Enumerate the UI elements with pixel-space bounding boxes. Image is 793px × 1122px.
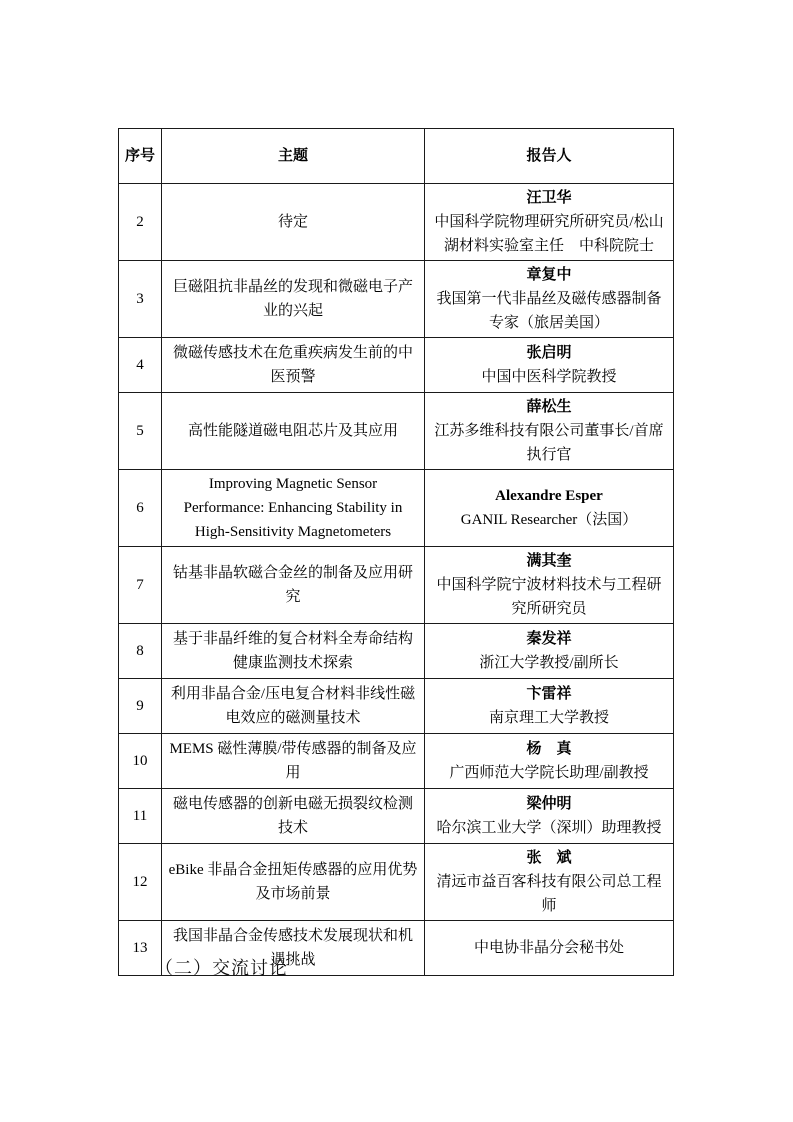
topic-cell: 利用非晶合金/压电复合材料非线性磁电效应的磁测量技术 — [162, 679, 425, 734]
table-row: 7钴基非晶软磁合金丝的制备及应用研究满其奎中国科学院宁波材料技术与工程研究所研究… — [119, 547, 674, 624]
speaker-name: 卞雷祥 — [431, 682, 667, 706]
speaker-description: 哈尔滨工业大学（深圳）助理教授 — [431, 816, 667, 840]
speaker-cell: 汪卫华中国科学院物理研究所研究员/松山湖材料实验室主任 中科院院士 — [425, 184, 674, 261]
speaker-name: 薛松生 — [431, 395, 667, 419]
program-table: 序号 主题 报告人 2待定汪卫华中国科学院物理研究所研究员/松山湖材料实验室主任… — [118, 128, 674, 976]
speaker-description: 浙江大学教授/副所长 — [431, 651, 667, 675]
speaker-cell: 满其奎中国科学院宁波材料技术与工程研究所研究员 — [425, 547, 674, 624]
speaker-name: 章复中 — [431, 263, 667, 287]
table-row: 5高性能隧道磁电阻芯片及其应用薛松生江苏多维科技有限公司董事长/首席执行官 — [119, 393, 674, 470]
speaker-cell: 张启明中国中医科学院教授 — [425, 338, 674, 393]
row-number: 10 — [119, 734, 162, 789]
header-speaker: 报告人 — [425, 129, 674, 184]
row-number: 12 — [119, 844, 162, 921]
topic-cell: 待定 — [162, 184, 425, 261]
table-row: 10MEMS 磁性薄膜/带传感器的制备及应用杨 真广西师范大学院长助理/副教授 — [119, 734, 674, 789]
speaker-description: 清远市益百客科技有限公司总工程师 — [431, 870, 667, 918]
table-row: 2待定汪卫华中国科学院物理研究所研究员/松山湖材料实验室主任 中科院院士 — [119, 184, 674, 261]
speaker-name: 汪卫华 — [431, 186, 667, 210]
row-number: 4 — [119, 338, 162, 393]
row-number: 5 — [119, 393, 162, 470]
topic-cell: 巨磁阻抗非晶丝的发现和微磁电子产业的兴起 — [162, 261, 425, 338]
speaker-cell: 杨 真广西师范大学院长助理/副教授 — [425, 734, 674, 789]
table-header-row: 序号 主题 报告人 — [119, 129, 674, 184]
speaker-name: Alexandre Esper — [431, 484, 667, 508]
speaker-cell: 章复中我国第一代非晶丝及磁传感器制备专家（旅居美国） — [425, 261, 674, 338]
speaker-cell: 薛松生江苏多维科技有限公司董事长/首席执行官 — [425, 393, 674, 470]
topic-cell: 磁电传感器的创新电磁无损裂纹检测技术 — [162, 789, 425, 844]
table-row: 12eBike 非晶合金扭矩传感器的应用优势及市场前景张 斌清远市益百客科技有限… — [119, 844, 674, 921]
speaker-cell: 张 斌清远市益百客科技有限公司总工程师 — [425, 844, 674, 921]
speaker-cell: 中电协非晶分会秘书处 — [425, 921, 674, 976]
speaker-description: 中国中医科学院教授 — [431, 365, 667, 389]
section-heading: （二）交流讨论 — [155, 954, 288, 980]
topic-cell: 基于非晶纤维的复合材料全寿命结构健康监测技术探索 — [162, 624, 425, 679]
row-number: 3 — [119, 261, 162, 338]
topic-cell: eBike 非晶合金扭矩传感器的应用优势及市场前景 — [162, 844, 425, 921]
table-row: 8基于非晶纤维的复合材料全寿命结构健康监测技术探索秦发祥浙江大学教授/副所长 — [119, 624, 674, 679]
speaker-name: 张启明 — [431, 341, 667, 365]
speaker-name: 秦发祥 — [431, 627, 667, 651]
speaker-description: 江苏多维科技有限公司董事长/首席执行官 — [431, 419, 667, 467]
speaker-name: 张 斌 — [431, 846, 667, 870]
header-topic: 主题 — [162, 129, 425, 184]
header-no: 序号 — [119, 129, 162, 184]
speaker-description: 广西师范大学院长助理/副教授 — [431, 761, 667, 785]
row-number: 8 — [119, 624, 162, 679]
speaker-name: 杨 真 — [431, 737, 667, 761]
topic-cell: Improving Magnetic Sensor Performance: E… — [162, 470, 425, 547]
speaker-description: GANIL Researcher（法国） — [431, 508, 667, 532]
speaker-description: 中电协非晶分会秘书处 — [431, 936, 667, 960]
speaker-description: 中国科学院物理研究所研究员/松山湖材料实验室主任 中科院院士 — [431, 210, 667, 258]
table-row: 6Improving Magnetic Sensor Performance: … — [119, 470, 674, 547]
row-number: 7 — [119, 547, 162, 624]
speaker-description: 中国科学院宁波材料技术与工程研究所研究员 — [431, 573, 667, 621]
topic-cell: 高性能隧道磁电阻芯片及其应用 — [162, 393, 425, 470]
row-number: 2 — [119, 184, 162, 261]
table-row: 9利用非晶合金/压电复合材料非线性磁电效应的磁测量技术卞雷祥南京理工大学教授 — [119, 679, 674, 734]
speaker-name: 满其奎 — [431, 549, 667, 573]
row-number: 6 — [119, 470, 162, 547]
table-row: 4微磁传感技术在危重疾病发生前的中医预警张启明中国中医科学院教授 — [119, 338, 674, 393]
row-number: 11 — [119, 789, 162, 844]
topic-cell: 微磁传感技术在危重疾病发生前的中医预警 — [162, 338, 425, 393]
speaker-cell: 梁仲明哈尔滨工业大学（深圳）助理教授 — [425, 789, 674, 844]
topic-cell: MEMS 磁性薄膜/带传感器的制备及应用 — [162, 734, 425, 789]
speaker-cell: Alexandre EsperGANIL Researcher（法国） — [425, 470, 674, 547]
speaker-description: 我国第一代非晶丝及磁传感器制备专家（旅居美国） — [431, 287, 667, 335]
speaker-name: 梁仲明 — [431, 792, 667, 816]
table-row: 3巨磁阻抗非晶丝的发现和微磁电子产业的兴起章复中我国第一代非晶丝及磁传感器制备专… — [119, 261, 674, 338]
row-number: 9 — [119, 679, 162, 734]
table-row: 11磁电传感器的创新电磁无损裂纹检测技术梁仲明哈尔滨工业大学（深圳）助理教授 — [119, 789, 674, 844]
speaker-description: 南京理工大学教授 — [431, 706, 667, 730]
topic-cell: 钴基非晶软磁合金丝的制备及应用研究 — [162, 547, 425, 624]
speaker-cell: 秦发祥浙江大学教授/副所长 — [425, 624, 674, 679]
document-page: 序号 主题 报告人 2待定汪卫华中国科学院物理研究所研究员/松山湖材料实验室主任… — [0, 0, 793, 1122]
speaker-cell: 卞雷祥南京理工大学教授 — [425, 679, 674, 734]
